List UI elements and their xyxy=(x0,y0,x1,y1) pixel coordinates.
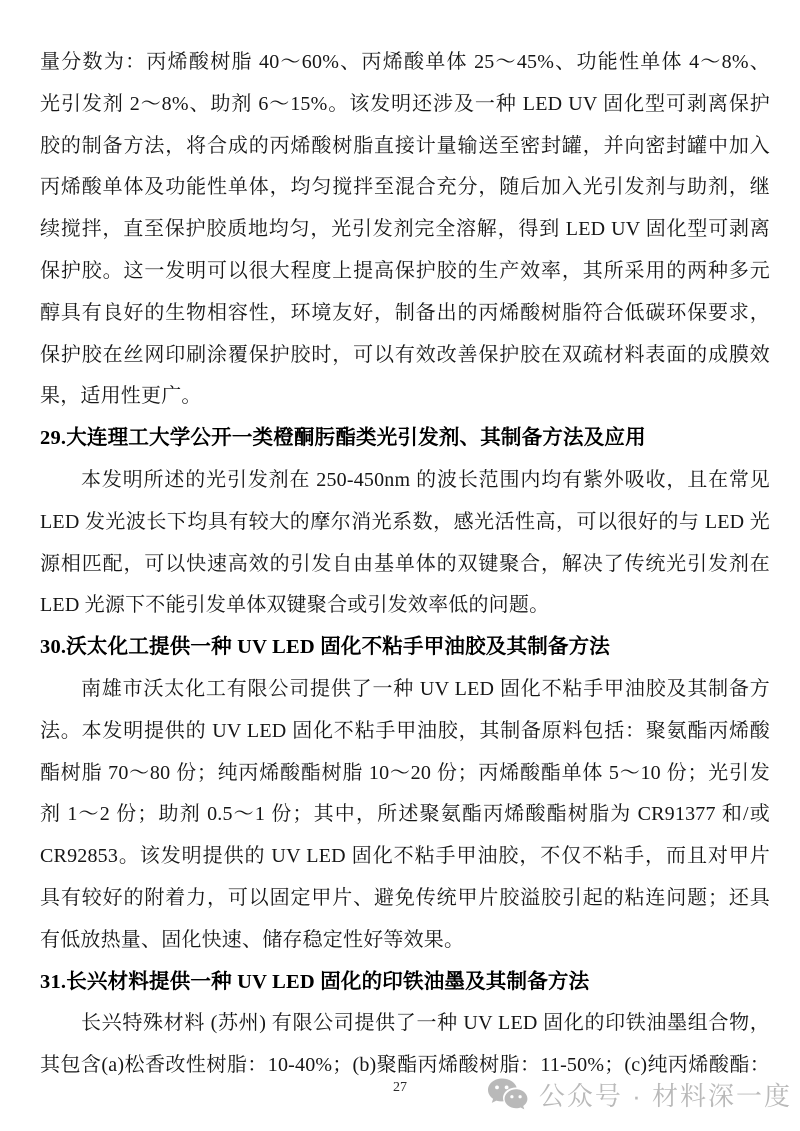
wechat-icon xyxy=(487,1077,529,1113)
text-line: 本发明所述的光引发剂在 250-450nm 的波长范围内均有紫外吸收，且在常见 xyxy=(40,460,770,502)
text-line: 有低放热量、固化快速、储存稳定性好等效果。 xyxy=(40,920,770,962)
text-line: 保护胶。这一发明可以很大程度上提高保护胶的生产效率，其所采用的两种多元 xyxy=(40,251,770,293)
text-line: 法。本发明提供的 UV LED 固化不粘手甲油胶，其制备原料包括：聚氨酯丙烯酸 xyxy=(40,711,770,753)
section-heading: 31.长兴材料提供一种 UV LED 固化的印铁油墨及其制备方法 xyxy=(40,962,770,1004)
text-line: 量分数为：丙烯酸树脂 40～60%、丙烯酸单体 25～45%、功能性单体 4～8… xyxy=(40,42,770,84)
text-line: 果，适用性更广。 xyxy=(40,376,770,418)
text-line: 长兴特殊材料 (苏州) 有限公司提供了一种 UV LED 固化的印铁油墨组合物， xyxy=(40,1003,770,1045)
text-line: 源相匹配，可以快速高效的引发自由基单体的双键聚合，解决了传统光引发剂在 xyxy=(40,544,770,586)
text-line: 具有较好的附着力，可以固定甲片、避免传统甲片胶溢胶引起的粘连问题；还具 xyxy=(40,878,770,920)
section-heading: 30.沃太化工提供一种 UV LED 固化不粘手甲油胶及其制备方法 xyxy=(40,627,770,669)
text-line: 丙烯酸单体及功能性单体，均匀搅拌至混合充分，随后加入光引发剂与助剂，继 xyxy=(40,167,770,209)
text-line: 续搅拌，直至保护胶质地均匀，光引发剂完全溶解，得到 LED UV 固化型可剥离 xyxy=(40,209,770,251)
watermark-label: 公众号 · 材料深一度 xyxy=(539,1076,792,1113)
text-line: LED 发光波长下均具有较大的摩尔消光系数，感光活性高，可以很好的与 LED 光 xyxy=(40,502,770,544)
text-line: 剂 1～2 份；助剂 0.5～1 份；其中，所述聚氨酯丙烯酸酯树脂为 CR913… xyxy=(40,794,770,836)
text-line: LED 光源下不能引发单体双键聚合或引发效率低的问题。 xyxy=(40,585,770,627)
text-line: 酯树脂 70～80 份；纯丙烯酸酯树脂 10～20 份；丙烯酸酯单体 5～10 … xyxy=(40,753,770,795)
text-line: 胶的制备方法，将合成的丙烯酸树脂直接计量输送至密封罐，并向密封罐中加入 xyxy=(40,126,770,168)
body-text: 量分数为：丙烯酸树脂 40～60%、丙烯酸单体 25～45%、功能性单体 4～8… xyxy=(40,42,770,1087)
text-line: CR92853。该发明提供的 UV LED 固化不粘手甲油胶，不仅不粘手，而且对… xyxy=(40,836,770,878)
text-line: 醇具有良好的生物相容性，环境友好，制备出的丙烯酸树脂符合低碳环保要求， xyxy=(40,293,770,335)
section-heading: 29.大连理工大学公开一类橙酮肟酯类光引发剂、其制备方法及应用 xyxy=(40,418,770,460)
text-line: 保护胶在丝网印刷涂覆保护胶时，可以有效改善保护胶在双疏材料表面的成膜效 xyxy=(40,335,770,377)
text-line: 南雄市沃太化工有限公司提供了一种 UV LED 固化不粘手甲油胶及其制备方 xyxy=(40,669,770,711)
wechat-watermark: 公众号 · 材料深一度 xyxy=(487,1076,792,1113)
text-line: 光引发剂 2～8%、助剂 6～15%。该发明还涉及一种 LED UV 固化型可剥… xyxy=(40,84,770,126)
document-page: { "page": { "number": "27", "background"… xyxy=(0,0,800,1131)
